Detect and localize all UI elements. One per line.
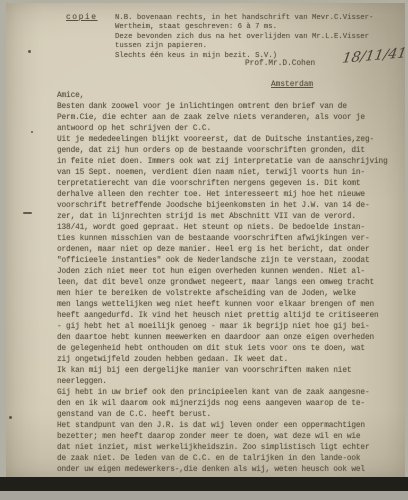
copy-label: copie bbox=[66, 13, 98, 22]
scan-artifact-dot bbox=[9, 416, 12, 419]
nb-annotation: N.B. bovenaan rechts, in het handschrift… bbox=[115, 14, 373, 61]
scan-artifact-dot bbox=[31, 131, 33, 133]
city-line: Amsterdam bbox=[271, 81, 313, 89]
recipient-name: Prof.Mr.D.Cohen bbox=[245, 60, 315, 68]
scanner-bottom-margin bbox=[0, 491, 408, 500]
scanner-dark-band bbox=[0, 477, 408, 491]
scan-artifact-dot bbox=[28, 50, 31, 53]
scan-artifact-dash bbox=[23, 212, 32, 214]
letter-body-text: Amice, Besten dank zoowel voor je inlich… bbox=[57, 91, 388, 476]
scanned-letter-page: copie N.B. bovenaan rechts, in het hands… bbox=[0, 0, 408, 500]
